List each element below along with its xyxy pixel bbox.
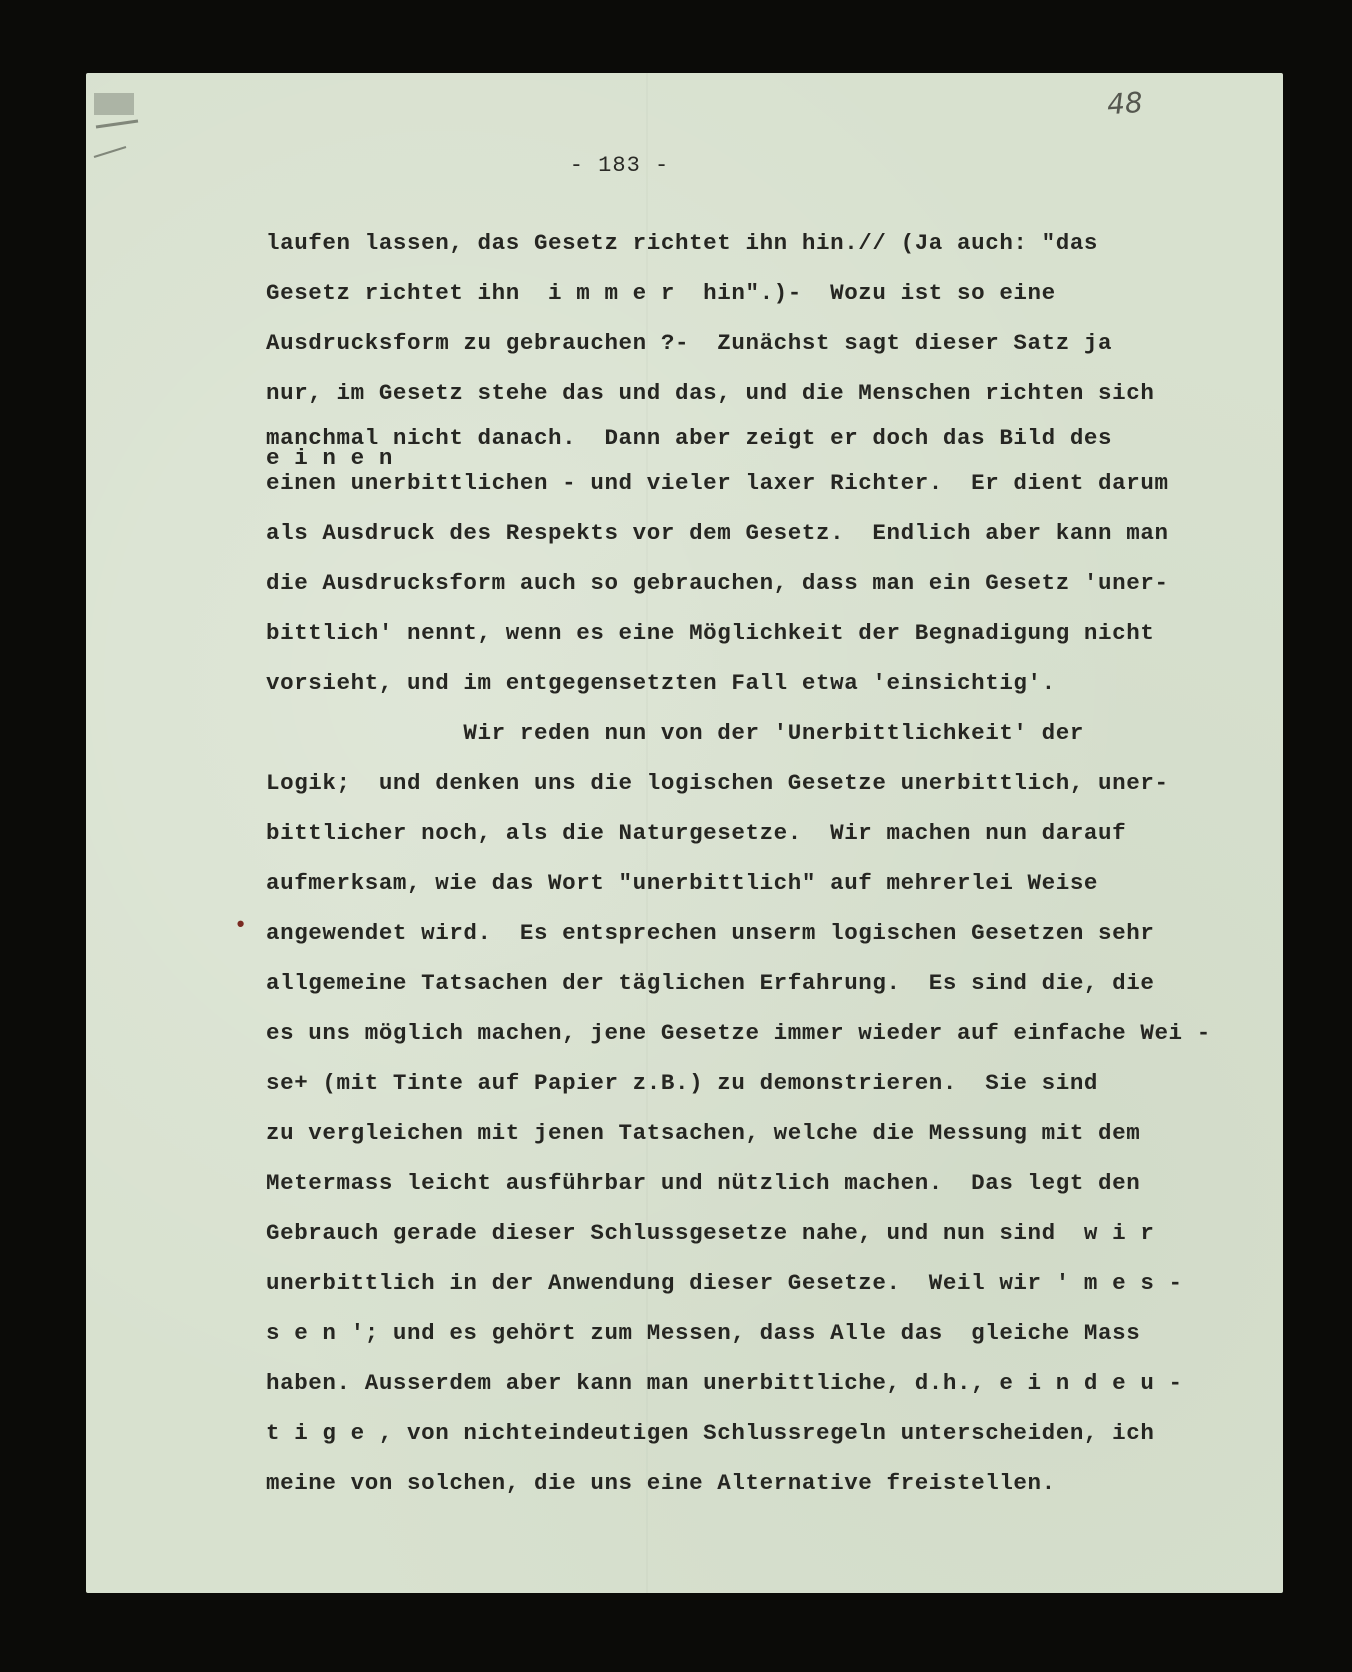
- text-line: laufen lassen, das Gesetz richtet ihn hi…: [266, 228, 1266, 278]
- text-line: Metermass leicht ausführbar und nützlich…: [266, 1168, 1266, 1218]
- text-line: angewendet wird. Es entsprechen unserm l…: [266, 918, 1266, 968]
- text-line: Gebrauch gerade dieser Schlussgesetze na…: [266, 1218, 1266, 1268]
- text-line: se+ (mit Tinte auf Papier z.B.) zu demon…: [266, 1068, 1266, 1118]
- text-line: haben. Ausserdem aber kann man unerbittl…: [266, 1368, 1266, 1418]
- text-line: bittlicher noch, als die Naturgesetze. W…: [266, 818, 1266, 868]
- text-line: s e n '; und es gehört zum Messen, dass …: [266, 1318, 1266, 1368]
- text-line: es uns möglich machen, jene Gesetze imme…: [266, 1018, 1266, 1068]
- text-line: die Ausdrucksform auch so gebrauchen, da…: [266, 568, 1266, 618]
- text-line: manchmal nicht danach. Dann aber zeigt e…: [266, 428, 1266, 448]
- text-line: t i g e , von nichteindeutigen Schlussre…: [266, 1418, 1266, 1468]
- margin-dot-mark: •: [234, 913, 247, 938]
- text-line: unerbittlich in der Anwendung dieser Ges…: [266, 1268, 1266, 1318]
- typescript-page: 48 - 183 - laufen lassen, das Gesetz ric…: [86, 73, 1283, 1593]
- text-line: Logik; und denken uns die logischen Gese…: [266, 768, 1266, 818]
- text-line: vorsieht, und im entgegensetzten Fall et…: [266, 668, 1266, 718]
- text-line: Gesetz richtet ihn i m m e r hin".)- Woz…: [266, 278, 1266, 328]
- text-line: aufmerksam, wie das Wort "unerbittlich" …: [266, 868, 1266, 918]
- text-line: nur, im Gesetz stehe das und das, und di…: [266, 378, 1266, 428]
- typed-body-text: laufen lassen, das Gesetz richtet ihn hi…: [266, 228, 1266, 1518]
- text-line: bittlich' nennt, wenn es eine Möglichkei…: [266, 618, 1266, 668]
- text-line: als Ausdruck des Respekts vor dem Gesetz…: [266, 518, 1266, 568]
- text-line: zu vergleichen mit jenen Tatsachen, welc…: [266, 1118, 1266, 1168]
- text-line: meine von solchen, die uns eine Alternat…: [266, 1468, 1266, 1518]
- page-number: - 183 -: [86, 153, 1283, 178]
- handwritten-folio-number: 48: [1106, 86, 1144, 121]
- interlinear-insertion: e i n e n: [266, 448, 1266, 468]
- text-line: einen unerbittlichen - und vieler laxer …: [266, 468, 1266, 518]
- text-line: allgemeine Tatsachen der täglichen Erfah…: [266, 968, 1266, 1018]
- text-line: Ausdrucksform zu gebrauchen ?- Zunächst …: [266, 328, 1266, 378]
- text-line: Wir reden nun von der 'Unerbittlichkeit'…: [266, 718, 1266, 768]
